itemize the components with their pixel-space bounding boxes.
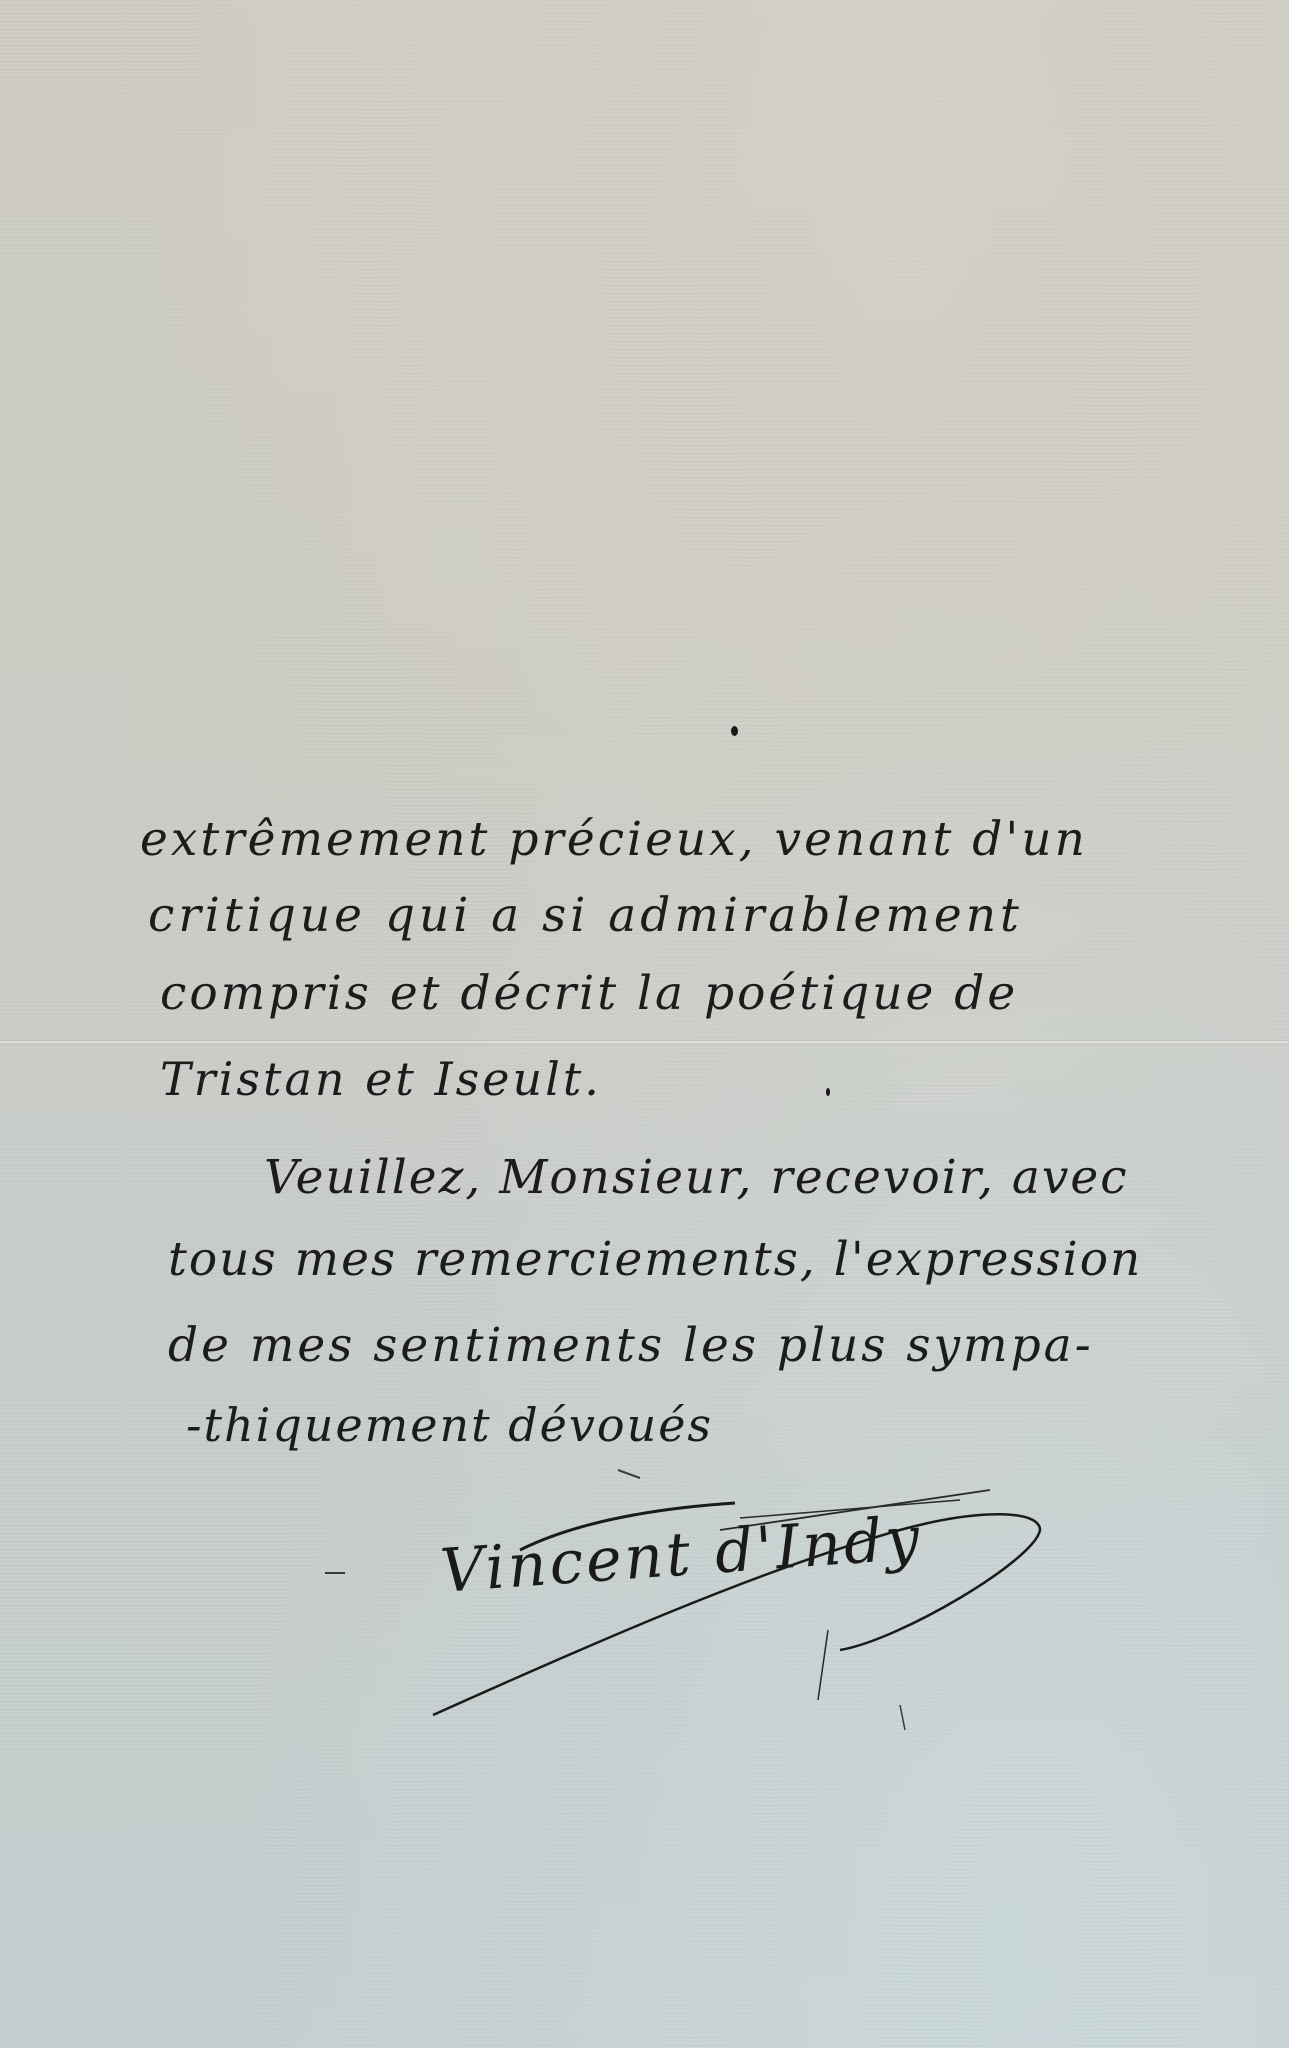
signature-flourish xyxy=(0,0,1289,2048)
